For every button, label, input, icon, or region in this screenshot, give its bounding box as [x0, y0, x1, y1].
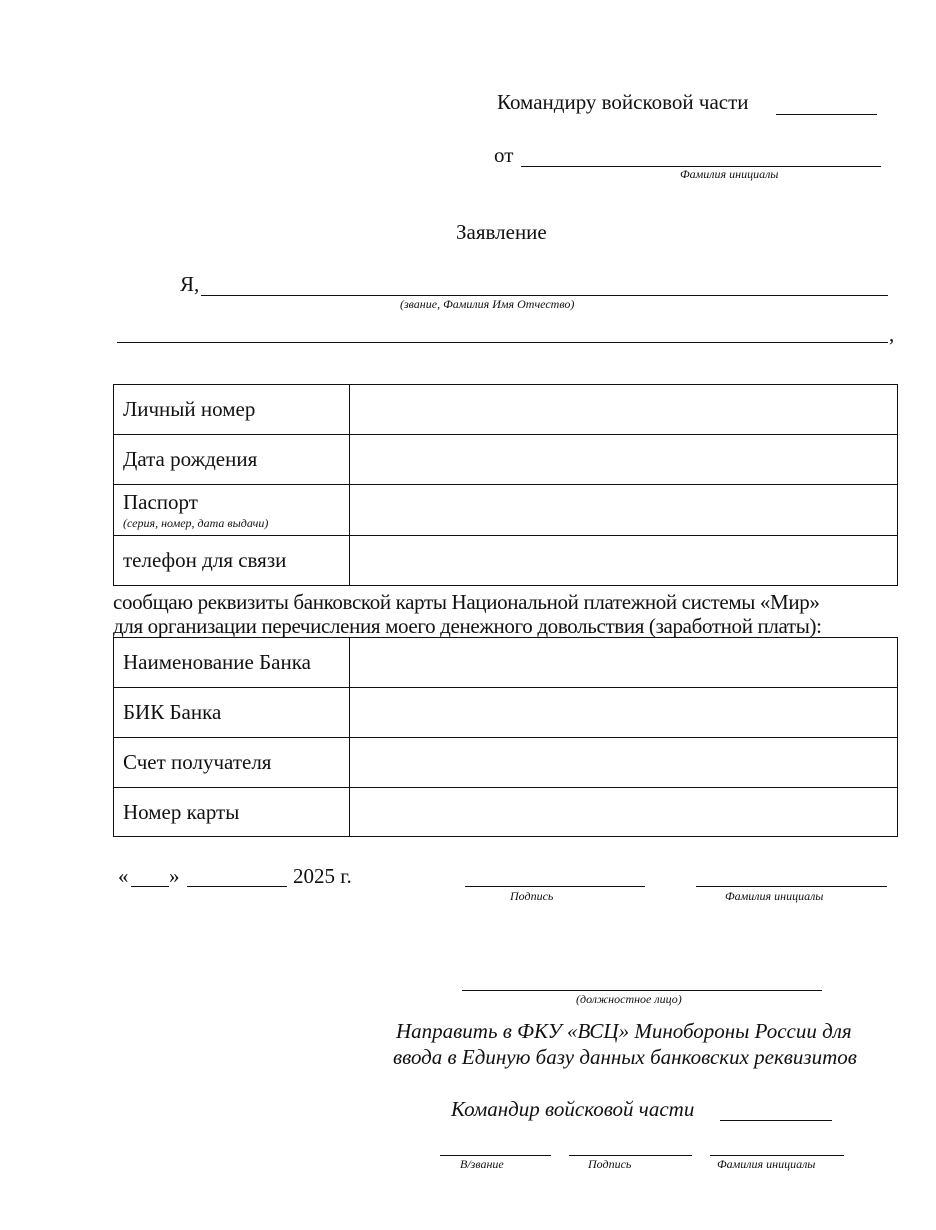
commander-signature-field[interactable] — [569, 1155, 692, 1156]
commander-rank-hint: В/звание — [460, 1157, 504, 1172]
resolution-line-2: ввода в Единую базу данных банковских ре… — [393, 1045, 857, 1070]
account-field[interactable] — [350, 738, 898, 788]
table-row: Личный номер — [114, 385, 898, 435]
passport-hint: (серия, номер, дата выдачи) — [123, 516, 349, 531]
commander-initials-hint: Фамилия инициалы — [717, 1157, 815, 1172]
applicant-initials-field[interactable] — [696, 886, 887, 887]
applicant-name-continuation-field[interactable] — [117, 342, 888, 343]
official-hint: (должностное лицо) — [576, 992, 682, 1007]
commander-unit-field[interactable] — [720, 1120, 832, 1121]
account-label: Счет получателя — [114, 738, 350, 788]
bank-bik-label: БИК Банка — [114, 688, 350, 738]
document-title: Заявление — [456, 220, 547, 245]
commander-signature-hint: Подпись — [588, 1157, 631, 1172]
date-month-field[interactable] — [187, 886, 287, 887]
applicant-signature-field[interactable] — [465, 886, 645, 887]
addressee-label: Командиру войсковой части — [497, 90, 749, 115]
table-row: Наименование Банка — [114, 638, 898, 688]
card-number-label: Номер карты — [114, 788, 350, 837]
commander-label: Командир войсковой части — [451, 1097, 694, 1122]
card-number-field[interactable] — [350, 788, 898, 837]
official-field[interactable] — [462, 990, 822, 991]
i-label: Я, — [180, 272, 199, 297]
phone-field[interactable] — [350, 536, 898, 586]
bank-details-table: Наименование Банка БИК Банка Счет получа… — [113, 637, 898, 837]
passport-field[interactable] — [350, 485, 898, 536]
birth-date-field[interactable] — [350, 435, 898, 485]
table-row: БИК Банка — [114, 688, 898, 738]
unit-number-field[interactable] — [776, 114, 877, 115]
applicant-initials-hint: Фамилия инициалы — [725, 889, 823, 904]
applicant-name-hint: (звание, Фамилия Имя Отчество) — [400, 297, 574, 312]
passport-label: Паспорт — [123, 490, 198, 514]
statement-line-1: сообщаю реквизиты банковской карты Нацио… — [113, 590, 820, 615]
bank-name-label: Наименование Банка — [114, 638, 350, 688]
table-row: Дата рождения — [114, 435, 898, 485]
table-row: Счет получателя — [114, 738, 898, 788]
passport-label-cell: Паспорт (серия, номер, дата выдачи) — [114, 485, 350, 536]
date-open-quote: « — [118, 864, 129, 889]
bank-bik-field[interactable] — [350, 688, 898, 738]
resolution-line-1: Направить в ФКУ «ВСЦ» Минобороны России … — [396, 1019, 852, 1044]
personal-info-table: Личный номер Дата рождения Паспорт (сери… — [113, 384, 898, 586]
applicant-signature-hint: Подпись — [510, 889, 553, 904]
commander-rank-field[interactable] — [440, 1155, 551, 1156]
personal-number-label: Личный номер — [114, 385, 350, 435]
applicant-name-field[interactable] — [201, 295, 888, 296]
date-day-field[interactable] — [131, 886, 169, 887]
table-row: телефон для связи — [114, 536, 898, 586]
table-row: Паспорт (серия, номер, дата выдачи) — [114, 485, 898, 536]
from-name-hint: Фамилия инициалы — [680, 167, 778, 182]
date-close-quote: » — [169, 864, 180, 889]
birth-date-label: Дата рождения — [114, 435, 350, 485]
commander-initials-field[interactable] — [710, 1155, 844, 1156]
bank-name-field[interactable] — [350, 638, 898, 688]
statement-line-2: для организации перечисления моего денеж… — [113, 614, 822, 639]
phone-label: телефон для связи — [114, 536, 350, 586]
from-label: от — [494, 143, 513, 168]
personal-number-field[interactable] — [350, 385, 898, 435]
table-row: Номер карты — [114, 788, 898, 837]
date-year: 2025 г. — [293, 864, 352, 889]
trailing-comma: , — [889, 322, 894, 347]
